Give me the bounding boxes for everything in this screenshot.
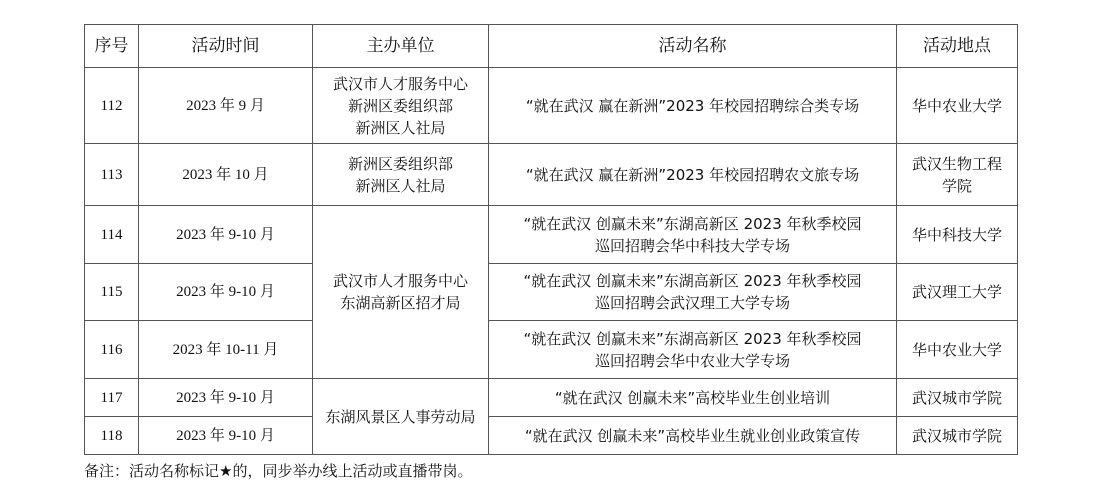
row-organizer: 东湖风景区人事劳动局 [313, 379, 489, 455]
row-time: 2023 年 9-10 月 [139, 206, 313, 264]
row-activity-name: “就在武汉 创赢未来”高校毕业生创业培训 [489, 379, 897, 417]
organizer-line: 新洲区委组织部 [317, 95, 484, 117]
header-organizer: 主办单位 [313, 25, 489, 68]
row-no: 113 [85, 144, 139, 206]
table-row: 117 2023 年 9-10 月 东湖风景区人事劳动局 “就在武汉 创赢未来”… [85, 379, 1018, 417]
name-line: “就在武汉 赢在新洲”2023 年校园招聘农文旅专场 [493, 164, 892, 186]
organizer-line: 武汉市人才服务中心 [317, 270, 484, 292]
row-organizer: 新洲区委组织部 新洲区人社局 [313, 144, 489, 206]
name-line: “就在武汉 创赢未来”高校毕业生创业培训 [493, 387, 892, 409]
header-place: 活动地点 [897, 25, 1018, 68]
row-no: 116 [85, 321, 139, 379]
row-place: 武汉城市学院 [897, 417, 1018, 455]
table-row: 113 2023 年 10 月 新洲区委组织部 新洲区人社局 “就在武汉 赢在新… [85, 144, 1018, 206]
activity-table: 序号 活动时间 主办单位 活动名称 活动地点 112 2023 年 9 月 武汉… [84, 24, 1018, 455]
row-activity-name: “就在武汉 赢在新洲”2023 年校园招聘综合类专场 [489, 68, 897, 144]
row-time: 2023 年 9-10 月 [139, 417, 313, 455]
place-line: 华中农业大学 [901, 95, 1013, 117]
row-activity-name: “就在武汉 创赢未来”东湖高新区 2023 年秋季校园 巡回招聘会华中农业大学专… [489, 321, 897, 379]
table-header-row: 序号 活动时间 主办单位 活动名称 活动地点 [85, 25, 1018, 68]
row-time: 2023 年 10 月 [139, 144, 313, 206]
row-activity-name: “就在武汉 创赢未来”东湖高新区 2023 年秋季校园 巡回招聘会华中科技大学专… [489, 206, 897, 264]
name-line: “就在武汉 创赢未来”东湖高新区 2023 年秋季校园 [493, 213, 892, 235]
row-no: 114 [85, 206, 139, 264]
organizer-line: 武汉市人才服务中心 [317, 73, 484, 95]
name-line: 巡回招聘会华中科技大学专场 [493, 235, 892, 257]
name-line: “就在武汉 创赢未来”东湖高新区 2023 年秋季校园 [493, 270, 892, 292]
header-no: 序号 [85, 25, 139, 68]
row-time: 2023 年 9-10 月 [139, 379, 313, 417]
table-row: 115 2023 年 9-10 月 “就在武汉 创赢未来”东湖高新区 2023 … [85, 264, 1018, 321]
row-no: 115 [85, 264, 139, 321]
table-row: 116 2023 年 10-11 月 “就在武汉 创赢未来”东湖高新区 2023… [85, 321, 1018, 379]
place-line: 武汉城市学院 [901, 387, 1013, 409]
table-row: 112 2023 年 9 月 武汉市人才服务中心 新洲区委组织部 新洲区人社局 … [85, 68, 1018, 144]
row-place: 华中农业大学 [897, 68, 1018, 144]
row-activity-name: “就在武汉 创赢未来”东湖高新区 2023 年秋季校园 巡回招聘会武汉理工大学专… [489, 264, 897, 321]
row-no: 118 [85, 417, 139, 455]
row-no: 112 [85, 68, 139, 144]
row-place: 武汉城市学院 [897, 379, 1018, 417]
row-activity-name: “就在武汉 创赢未来”高校毕业生就业创业政策宣传 [489, 417, 897, 455]
row-organizer: 武汉市人才服务中心 新洲区委组织部 新洲区人社局 [313, 68, 489, 144]
place-line: 学院 [901, 175, 1013, 197]
row-organizer: 武汉市人才服务中心 东湖高新区招才局 [313, 206, 489, 379]
row-time: 2023 年 9-10 月 [139, 264, 313, 321]
organizer-line: 东湖风景区人事劳动局 [317, 406, 484, 428]
name-line: “就在武汉 赢在新洲”2023 年校园招聘综合类专场 [493, 95, 892, 117]
row-place: 武汉生物工程 学院 [897, 144, 1018, 206]
place-line: 武汉城市学院 [901, 425, 1013, 447]
row-time: 2023 年 9 月 [139, 68, 313, 144]
place-line: 华中科技大学 [901, 224, 1013, 246]
place-line: 华中农业大学 [901, 339, 1013, 361]
row-place: 华中科技大学 [897, 206, 1018, 264]
row-activity-name: “就在武汉 赢在新洲”2023 年校园招聘农文旅专场 [489, 144, 897, 206]
name-line: 巡回招聘会武汉理工大学专场 [493, 292, 892, 314]
header-time: 活动时间 [139, 25, 313, 68]
row-no: 117 [85, 379, 139, 417]
organizer-line: 新洲区人社局 [317, 117, 484, 139]
name-line: 巡回招聘会华中农业大学专场 [493, 350, 892, 372]
place-line: 武汉理工大学 [901, 281, 1013, 303]
place-line: 武汉生物工程 [901, 153, 1013, 175]
table-row: 118 2023 年 9-10 月 “就在武汉 创赢未来”高校毕业生就业创业政策… [85, 417, 1018, 455]
name-line: “就在武汉 创赢未来”高校毕业生就业创业政策宣传 [493, 425, 892, 447]
row-time: 2023 年 10-11 月 [139, 321, 313, 379]
table-row: 114 2023 年 9-10 月 武汉市人才服务中心 东湖高新区招才局 “就在… [85, 206, 1018, 264]
header-name: 活动名称 [489, 25, 897, 68]
organizer-line: 新洲区委组织部 [317, 153, 484, 175]
organizer-line: 新洲区人社局 [317, 175, 484, 197]
row-place: 华中农业大学 [897, 321, 1018, 379]
footnote: 备注：活动名称标记★的，同步举办线上活动或直播带岗。 [84, 460, 472, 482]
organizer-line: 东湖高新区招才局 [317, 292, 484, 314]
row-place: 武汉理工大学 [897, 264, 1018, 321]
name-line: “就在武汉 创赢未来”东湖高新区 2023 年秋季校园 [493, 328, 892, 350]
